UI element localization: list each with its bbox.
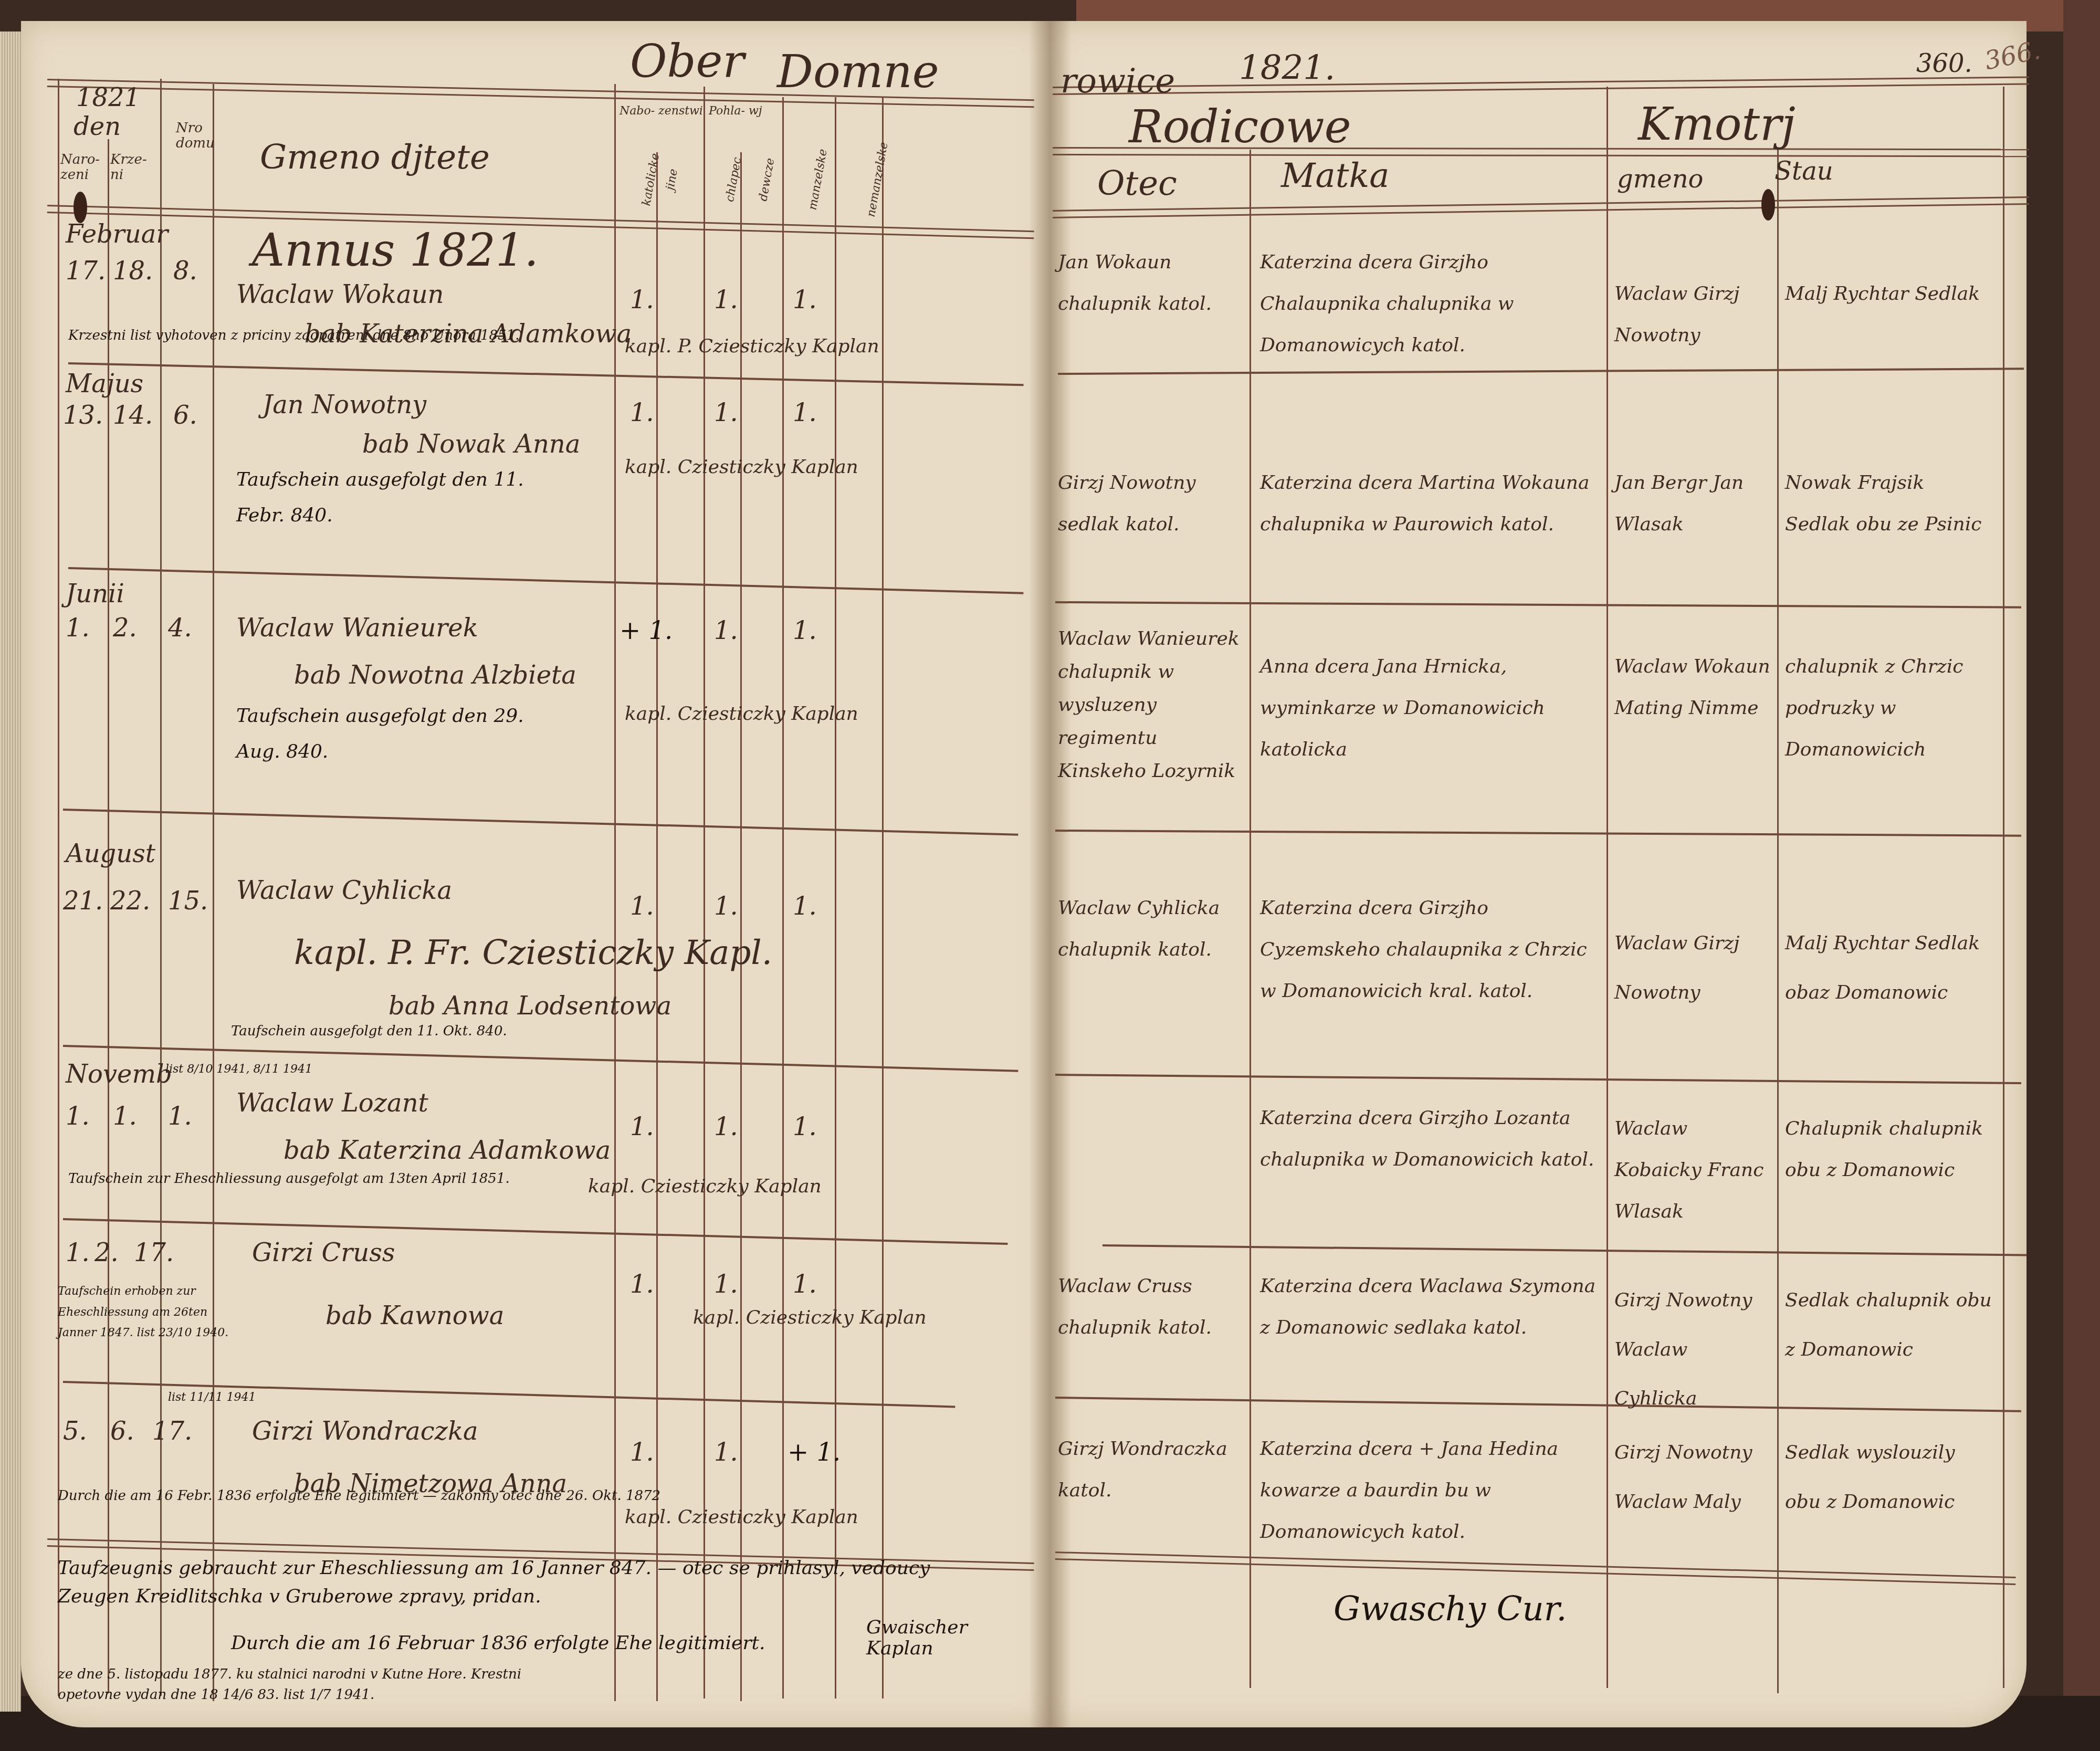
page-stack-edge — [0, 32, 21, 1712]
entry-priest: kapl. Cziesticzky Kaplan — [693, 1307, 927, 1328]
entry-mark: 1. — [630, 286, 654, 314]
entry-note: Taufschein ausgefolgt den 11. Febr. 840. — [236, 462, 577, 534]
entry-mark: 1. — [714, 1439, 738, 1466]
entry-note: Taufschein erhoben zur Eheschliessung am… — [58, 1281, 231, 1344]
entry-child: Girzi Cruss — [252, 1239, 395, 1267]
entry-godparent-names: Waclaw Girzj Nowotny — [1614, 919, 1772, 1017]
entry-month: Februar — [66, 221, 168, 248]
col-line — [213, 84, 214, 1701]
entry-mother: Katerzina dcera Martina Wokauna chalupni… — [1260, 462, 1596, 545]
entry-midwife: bab Nowak Anna — [362, 431, 580, 458]
entry-mark: 1. — [714, 1113, 738, 1141]
entry-mother: Katerzina dcera + Jana Hedina kowarze a … — [1260, 1428, 1596, 1553]
entry-godparent-status: chalupnik z Chrzic podruzky w Domanowici… — [1785, 646, 1995, 771]
entry-godparent-status: Malj Rychtar Sedlak — [1785, 273, 1995, 314]
entry-mark: 1. — [793, 286, 817, 314]
entry-house-no: 6. — [173, 402, 197, 429]
entry-mark: 1. — [793, 399, 817, 427]
entry-mark: + 1. — [787, 1439, 841, 1466]
header-baptized: Krze- ni — [110, 152, 152, 182]
entry-godparent-names: Girzj Nowotny Waclaw Cyhlicka — [1614, 1276, 1772, 1423]
entry-born: 21. — [63, 887, 103, 915]
col-line — [656, 152, 658, 1701]
entry-mark: 1. — [793, 893, 817, 920]
entry-house-no: 17. — [152, 1418, 192, 1445]
entry-note: Krzestni list vyhotoven z priciny zaopat… — [68, 328, 593, 343]
col-line — [1249, 150, 1251, 1688]
col-line — [58, 79, 59, 1696]
entry-midwife: bab Nowotna Alzbieta — [294, 662, 576, 689]
entry-mark: 1. — [714, 1271, 738, 1298]
entry-born: 13. — [63, 402, 103, 429]
entry-child: Waclaw Wanieurek — [236, 614, 478, 642]
entry-baptized: 14. — [113, 402, 153, 429]
entry-mark: 1. — [793, 1271, 817, 1298]
entry-mark: 1. — [630, 1271, 654, 1298]
entry-mark: 1. — [793, 1113, 817, 1141]
entry-priest: kapl. Cziesticzky Kaplan — [625, 457, 858, 478]
entry-midwife: bab Katerzina Adamkowa — [283, 1137, 611, 1165]
entry-father: Waclaw Cruss chalupnik katol. — [1058, 1265, 1242, 1348]
entry-born: 17. — [66, 257, 106, 285]
entry-father: Girzj Nowotny sedlak katol. — [1058, 462, 1242, 545]
col-line — [1606, 87, 1608, 1688]
entry-godparent-status: Nowak Frajsik Sedlak obu ze Psinic — [1785, 462, 1995, 545]
entry-house-no: 15. — [168, 887, 208, 915]
header-born: Naro- zeni — [60, 152, 102, 182]
entry-priest: kapl. P. Cziesticzky Kaplan — [625, 336, 879, 357]
header-house-number: Nro domu — [176, 121, 207, 151]
entry-godparent-names: Waclaw Wokaun Mating Nimme — [1614, 646, 1772, 729]
header-year: 1821 — [76, 84, 140, 112]
entry-mark: 1. — [714, 286, 738, 314]
entry-godparent-names: Jan Bergr Jan Wlasak — [1614, 462, 1772, 545]
entry-midwife: bab Kawnowa — [325, 1302, 504, 1330]
entry-godparent-status: Chalupnik chalupnik obu z Domanowic — [1785, 1108, 1995, 1191]
entry-father: Waclaw Cyhlicka chalupnik katol. — [1058, 887, 1242, 970]
header-religion: Nabo- zenstwi — [619, 105, 703, 118]
entry-born: 5. — [63, 1418, 87, 1445]
entry-signature-note: Gwaischer Kaplan — [866, 1617, 961, 1659]
entry-house-no: 1. — [168, 1103, 192, 1130]
entry-baptized: 2. — [113, 614, 137, 642]
col-line — [1777, 150, 1779, 1693]
entry-godparent-status: Sedlak wyslouzily obu z Domanowic — [1785, 1428, 1995, 1526]
entry-mother: Katerzina dcera Girzjho Cyzemskeho chala… — [1260, 887, 1596, 1012]
col-line — [160, 79, 162, 1696]
entry-priest: kapl. Cziesticzky Kaplan — [625, 704, 858, 725]
entry-mother: Katerzina dcera Girzjho Lozanta chalupni… — [1260, 1097, 1596, 1180]
entry-month: Junii — [66, 580, 124, 608]
header-godparent-name: gmeno — [1617, 165, 1703, 193]
header-father: Otec — [1097, 165, 1177, 202]
entry-note: Taufschein ausgefolgt den 11. Okt. 840. — [231, 1024, 507, 1039]
entry-house-no: 4. — [168, 614, 192, 642]
col-line — [2003, 87, 2004, 1688]
entry-godparent-names: Girzj Nowotny Waclaw Maly — [1614, 1428, 1772, 1526]
entry-mark: 1. — [714, 399, 738, 427]
year-heading: Annus 1821. — [252, 226, 539, 276]
entry-house-no: 8. — [173, 257, 197, 285]
entry-month: Majus — [66, 370, 143, 398]
entry-mark: 1. — [630, 399, 654, 427]
entry-note: Taufschein zur Eheschliessung ausgefolgt… — [68, 1168, 541, 1190]
entry-priest: kapl. Cziesticzky Kaplan — [625, 1507, 858, 1528]
entry-note: Taufschein ausgefolgt den 29. Aug. 840. — [236, 698, 530, 770]
entry-house-no: 17. — [134, 1239, 174, 1267]
entry-mother: Katerzina dcera Girzjho Chalaupnika chal… — [1260, 242, 1596, 366]
entry-priest: kapl. P. Fr. Cziesticzky Kapl. — [294, 935, 772, 971]
header-day: den — [73, 113, 121, 141]
entry-midwife: bab Anna Lodsentowa — [388, 992, 671, 1020]
entry-baptized: 22. — [110, 887, 150, 915]
page-number: 360. — [1916, 50, 1972, 78]
entry-mark: 1. — [630, 1113, 654, 1141]
spread-title-mid: Domne — [777, 47, 939, 97]
entry-mother: Katerzina dcera Waclawa Szymona z Domano… — [1260, 1265, 1596, 1348]
entry-child: Waclaw Cyhlicka — [236, 877, 452, 905]
spread-title-left: Ober — [630, 37, 744, 87]
book-cover-right-edge — [2063, 0, 2100, 1751]
ink-blot — [1761, 189, 1775, 221]
entry-note: Durch die am 16 Febr. 1836 erfolgte Ehe … — [58, 1486, 661, 1506]
entry-godparent-names: Waclaw Kobaicky Franc Wlasak — [1614, 1108, 1772, 1233]
entry-month: Novemb — [66, 1061, 172, 1088]
entry-child: Waclaw Wokaun — [236, 281, 444, 309]
entry-born: 1. — [66, 614, 90, 642]
entry-note-2: Taufzeugnis gebraucht zur Eheschliessung… — [58, 1554, 976, 1611]
entry-godparent-status: Malj Rychtar Sedlak obaz Domanowic — [1785, 919, 1995, 1017]
curate-signature: Gwaschy Cur. — [1333, 1591, 1567, 1628]
right-year: 1821. — [1239, 50, 1335, 87]
col-line — [703, 87, 705, 1698]
header-sex: Pohla- wj — [709, 105, 762, 118]
entry-mother: Anna dcera Jana Hrnicka, wyminkarze w Do… — [1260, 646, 1596, 771]
entry-margin-note: list 8/10 1941, 8/11 1941 — [165, 1063, 312, 1076]
header-godparent-status: Stau — [1774, 158, 1833, 185]
entry-father: Girzj Wondraczka katol. — [1058, 1428, 1242, 1511]
entry-mark: + 1. — [619, 617, 673, 645]
entry-mark: 1. — [714, 617, 738, 645]
entry-child: Waclaw Lozant — [236, 1089, 428, 1117]
entry-mark: 1. — [714, 893, 738, 920]
entry-mark: 1. — [630, 893, 654, 920]
entry-baptized: 18. — [113, 257, 153, 285]
entry-margin-note: list 11/11 1941 — [168, 1391, 256, 1404]
col-line — [882, 97, 884, 1698]
entry-baptized: 1. — [113, 1103, 137, 1130]
entry-child: Girzi Wondraczka — [252, 1418, 478, 1445]
entry-note-3: Durch die am 16 Februar 1836 erfolgte Eh… — [231, 1633, 765, 1654]
spread-title-continuation: rowice — [1060, 63, 1175, 100]
header-parents: Rodicowe — [1129, 102, 1351, 152]
entry-priest: kapl. Cziesticzky Kaplan — [588, 1176, 822, 1197]
entry-month: August — [66, 840, 155, 868]
entry-note-4: ze dne 5. listopadu 1877. ku stalnici na… — [58, 1664, 583, 1705]
entry-mark: 1. — [630, 1439, 654, 1466]
entry-father: Jan Wokaun chalupnik katol. — [1058, 242, 1242, 324]
entry-mark: 1. — [793, 617, 817, 645]
header-mother: Matka — [1281, 158, 1389, 194]
entry-baptized: 2. — [94, 1239, 119, 1267]
entry-baptized: 6. — [110, 1418, 134, 1445]
entry-godparent-names: Waclaw Girzj Nowotny — [1614, 273, 1772, 356]
entry-child: Jan Nowotny — [262, 391, 426, 419]
entry-born: 1. — [66, 1103, 90, 1130]
entry-born: 1. — [66, 1239, 90, 1267]
ink-blot — [73, 192, 87, 223]
header-godparents: Kmotrj — [1638, 100, 1795, 150]
entry-father: Waclaw Wanieurek chalupnik w wysluzeny r… — [1058, 622, 1242, 788]
col-line — [740, 152, 742, 1701]
header-child-name: Gmeno djtete — [260, 139, 490, 176]
entry-godparent-status: Sedlak chalupnik obu z Domanowic — [1785, 1276, 1995, 1374]
